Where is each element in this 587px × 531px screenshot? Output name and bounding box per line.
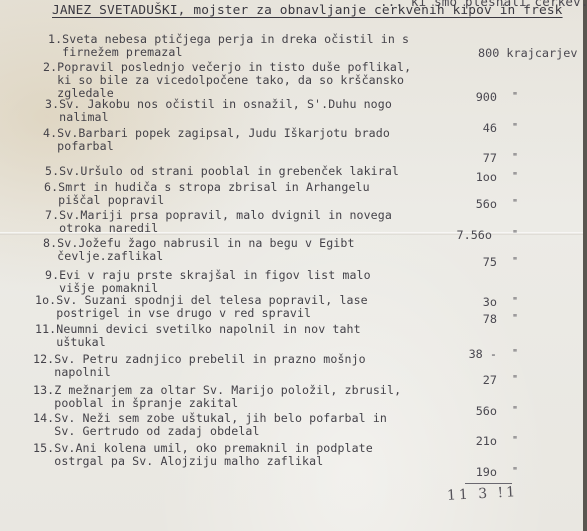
- invoice-item: 6.Smrt in hudiča s stropa zbrisal in Arh…: [44, 181, 370, 207]
- item-amount: 19o: [476, 465, 497, 479]
- item-amount: 21o: [476, 434, 497, 448]
- ditto-mark: ": [512, 152, 518, 163]
- item-amount: 38 -: [469, 347, 497, 361]
- invoice-item: 13.Z mežnarjem za oltar Sv. Marijo polož…: [33, 384, 401, 410]
- document-title: JANEZ SVETADUŠKI, mojster za obnavljanje…: [52, 3, 563, 18]
- invoice-item: 4.Sv.Barbari popek zagipsal, Judu Iškarj…: [43, 127, 390, 153]
- invoice-item: 2.Popravil poslednjo večerjo in tisto du…: [43, 61, 411, 100]
- item-amount: 1oo: [476, 170, 497, 184]
- ditto-mark: ": [512, 198, 518, 209]
- item-amount: 56o: [476, 197, 497, 211]
- invoice-item: 8.Sv.Jožefu žago nabrusil in na begu v E…: [43, 237, 355, 263]
- item-amount: 75: [483, 255, 497, 269]
- invoice-item: 15.Sv.Ani kolena umil, oko premaknil in …: [33, 442, 373, 468]
- item-amount: 77: [483, 151, 497, 165]
- invoice-item: 12.Sv. Petru zadnjico prebelil in prazno…: [33, 353, 366, 379]
- page-edge: [583, 0, 587, 531]
- ditto-mark: ": [512, 256, 518, 267]
- invoice-item: 3.Sv. Jakobu nos očistil in osnažil, S'.…: [45, 98, 392, 124]
- ditto-mark: ": [512, 229, 518, 240]
- ditto-mark: ": [512, 405, 518, 416]
- ditto-mark: ": [512, 122, 518, 133]
- ditto-mark: ": [512, 296, 518, 307]
- invoice-item: 11.Neumni devici svetilko napolnil in no…: [35, 323, 361, 349]
- item-amount: 800 krajcarjev: [478, 46, 577, 60]
- item-amount: 3o: [483, 295, 497, 309]
- item-amount: 46: [483, 121, 497, 135]
- item-amount: 900: [476, 90, 497, 104]
- item-amount: 56o: [476, 404, 497, 418]
- invoice-item: 1o.Sv. Suzani spodnji del telesa popravi…: [35, 294, 368, 320]
- ditto-mark: ": [512, 374, 518, 385]
- invoice-item: 14.Sv. Neži sem zobe uštukal, jih belo p…: [33, 412, 387, 438]
- item-amount: 78: [483, 312, 497, 326]
- invoice-item: 9.Evi v raju prste skrajšal in figov lis…: [45, 269, 371, 295]
- ditto-mark: ": [512, 466, 518, 477]
- ditto-mark: ": [512, 91, 518, 102]
- ditto-mark: ": [512, 348, 518, 359]
- ditto-mark: ": [512, 313, 518, 324]
- ditto-mark: ": [512, 171, 518, 182]
- item-amount: 7.56o: [456, 228, 492, 242]
- invoice-item: 7.Sv.Mariji prsa popravil, malo dvignil …: [45, 209, 392, 235]
- invoice-item: 5.Sv.Uršulo od strani pooblal in grebenč…: [45, 165, 399, 178]
- item-amount: 27: [483, 373, 497, 387]
- ditto-mark: ": [512, 435, 518, 446]
- invoice-item: 1.Sveta nebesa ptičjega perja in dreka o…: [48, 33, 409, 59]
